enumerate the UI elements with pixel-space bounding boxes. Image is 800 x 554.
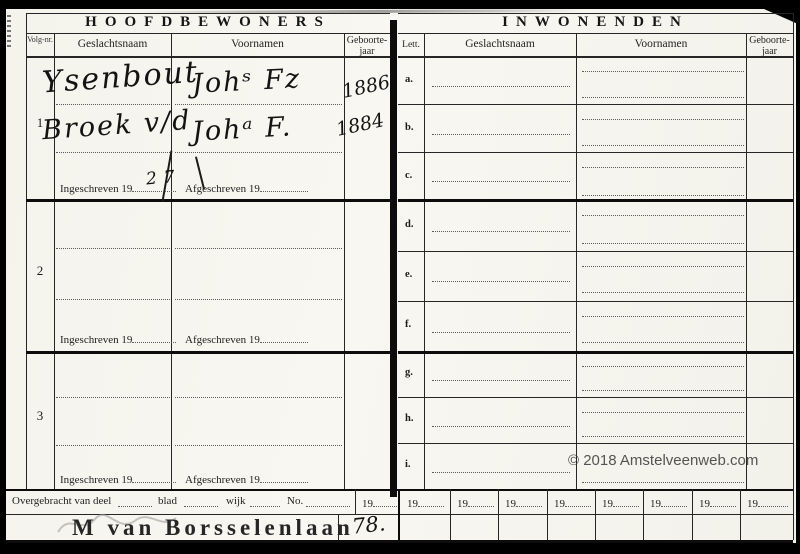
column-header-surname: Geslachtsnaam (424, 38, 576, 50)
registered-text: Ingeschreven 19 (60, 334, 132, 346)
writing-line (582, 97, 744, 98)
dotted-leader (468, 495, 494, 507)
writing-line (582, 266, 744, 267)
grid-line (595, 489, 596, 540)
grid-line (398, 489, 400, 540)
year-cell: 19 (602, 495, 639, 510)
grid-line (398, 33, 793, 34)
grid-line (450, 489, 451, 540)
street-name-stamp: M van Borsselenlaan (72, 515, 354, 541)
writing-line (56, 445, 170, 446)
grid-line (171, 33, 172, 490)
row-letter: b. (405, 122, 413, 133)
writing-line (432, 380, 570, 381)
year-prefix: 19 (699, 498, 710, 510)
writing-line (582, 215, 744, 216)
transfer-label-wijk: wijk (226, 495, 246, 507)
column-header-lett: Lett. (398, 40, 424, 50)
dotted-leader (132, 331, 176, 343)
writing-line (56, 299, 170, 300)
year-prefix: 19 (602, 498, 613, 510)
edge-artifact (7, 15, 11, 49)
writing-line (582, 482, 744, 483)
registered-label: Ingeschreven 19 (60, 471, 176, 486)
handwritten-registered-year: 27 (145, 166, 182, 189)
dotted-leader (184, 506, 218, 507)
dotted-leader (260, 331, 308, 343)
dotted-leader (250, 506, 280, 507)
grid-line (54, 33, 55, 490)
grid-line (547, 489, 548, 540)
deregistered-text: Afgeschreven 19 (185, 334, 260, 346)
grid-line (26, 33, 390, 34)
grid-line (398, 56, 793, 58)
grid-line (398, 251, 793, 252)
writing-line (175, 152, 342, 153)
column-header-surname: Geslachtsnaam (54, 38, 171, 50)
registered-label: Ingeschreven 19 (60, 331, 176, 346)
dotted-leader (613, 495, 639, 507)
writing-line (582, 145, 744, 146)
dotted-leader (418, 495, 444, 507)
block-separator (26, 351, 390, 354)
dotted-leader (118, 506, 152, 507)
row-letter: h. (405, 413, 413, 424)
handwritten-firstnames: Johᵃ F. (191, 111, 293, 147)
block-number: 2 (26, 263, 54, 279)
row-letter: f. (405, 319, 411, 330)
writing-line (432, 426, 570, 427)
block-separator (26, 199, 390, 202)
writing-line (582, 316, 744, 317)
dotted-leader (565, 495, 591, 507)
row-letter: d. (405, 219, 413, 230)
dotted-leader (661, 495, 687, 507)
writing-line (582, 195, 744, 196)
year-prefix: 19 (650, 498, 661, 510)
year-prefix: 19 (362, 498, 373, 510)
grid-line (692, 489, 693, 540)
grid-line (498, 489, 499, 540)
writing-line (175, 299, 342, 300)
writing-line (432, 281, 570, 282)
writing-line (432, 181, 570, 182)
grid-line (424, 33, 425, 490)
registered-text: Ingeschreven 19 (60, 183, 132, 195)
writing-line (582, 71, 744, 72)
column-header-birthyear: Geboorte-jaar (344, 35, 390, 57)
column-header-firstnames: Voornamen (576, 38, 746, 50)
transfer-label-blad: blad (158, 495, 177, 507)
deregistered-label: Afgeschreven 19 (185, 471, 308, 486)
writing-line (582, 342, 744, 343)
writing-line (432, 472, 570, 473)
writing-line (432, 231, 570, 232)
deregistered-label: Afgeschreven 19 (185, 331, 308, 346)
writing-line (56, 248, 170, 249)
watermark: © 2018 Amstelveenweb.com (568, 452, 758, 469)
column-header-volgnr: Volg-nr. (26, 35, 54, 44)
grid-line (793, 13, 794, 540)
writing-line (582, 119, 744, 120)
writing-line (175, 445, 342, 446)
dotted-leader (516, 495, 542, 507)
writing-line (56, 397, 170, 398)
row-letter: g. (405, 367, 413, 378)
deregistered-label: Afgeschreven 19 (185, 180, 308, 195)
block-separator (398, 351, 793, 354)
dotted-leader (306, 506, 350, 507)
year-prefix: 19 (407, 498, 418, 510)
transfer-label-no: No. (287, 495, 303, 507)
dotted-leader (132, 471, 176, 483)
year-cell: 19 (699, 495, 736, 510)
grid-line (398, 104, 793, 105)
writing-line (582, 412, 744, 413)
year-cell: 19 (747, 495, 788, 510)
grid-line (355, 489, 356, 514)
writing-line (56, 152, 170, 153)
writing-line (432, 86, 570, 87)
population-register-scan: HOOFDBEWONERS INWONENDEN Volg-nr. Geslac… (0, 0, 800, 554)
dotted-leader (260, 180, 308, 192)
grid-line (740, 489, 741, 540)
grid-line (746, 33, 747, 490)
column-header-birthyear: Geboorte-jaar (746, 35, 793, 57)
year-cell: 19 (650, 495, 687, 510)
row-letter: c. (405, 170, 412, 181)
dotted-leader (758, 495, 788, 507)
deregistered-text: Afgeschreven 19 (185, 474, 260, 486)
year-prefix: 19 (747, 498, 758, 510)
grid-line (576, 33, 577, 490)
deregistered-text: Afgeschreven 19 (185, 183, 260, 195)
row-letter: a. (405, 74, 413, 85)
handwritten-firstnames: Johˢ Fz (191, 63, 302, 100)
year-cell: 19 (554, 495, 591, 510)
transfer-label-deel: Overgebracht van deel (12, 495, 111, 507)
registered-text: Ingeschreven 19 (60, 474, 132, 486)
writing-line (582, 292, 744, 293)
column-header-firstnames: Voornamen (171, 38, 344, 50)
grid-line (398, 301, 793, 302)
year-cell: 19 (362, 495, 397, 510)
writing-line (175, 104, 342, 105)
year-cell: 19 (407, 495, 444, 510)
handwritten-house-number: 78. (351, 511, 387, 538)
row-letter: e. (405, 269, 412, 280)
writing-line (582, 243, 744, 244)
year-prefix: 19 (457, 498, 468, 510)
left-page-title: HOOFDBEWONERS (26, 14, 390, 31)
grid-line (398, 443, 793, 444)
writing-line (175, 397, 342, 398)
block-number: 3 (26, 408, 54, 424)
year-cell: 19 (457, 495, 494, 510)
dotted-leader (373, 495, 397, 507)
block-separator (398, 199, 793, 202)
writing-line (582, 167, 744, 168)
dotted-leader (260, 471, 308, 483)
grid-line (643, 489, 644, 540)
row-letter: i. (405, 459, 411, 470)
grid-line (398, 152, 793, 153)
year-prefix: 19 (554, 498, 565, 510)
grid-line (398, 397, 793, 398)
grid-line (26, 56, 390, 58)
year-cell: 19 (505, 495, 542, 510)
writing-line (582, 366, 744, 367)
year-prefix: 19 (505, 498, 516, 510)
dotted-leader (710, 495, 736, 507)
writing-line (175, 248, 342, 249)
writing-line (432, 134, 570, 135)
right-page-title: INWONENDEN (398, 14, 793, 31)
writing-line (582, 436, 744, 437)
writing-line (582, 390, 744, 391)
writing-line (56, 104, 170, 105)
writing-line (432, 332, 570, 333)
